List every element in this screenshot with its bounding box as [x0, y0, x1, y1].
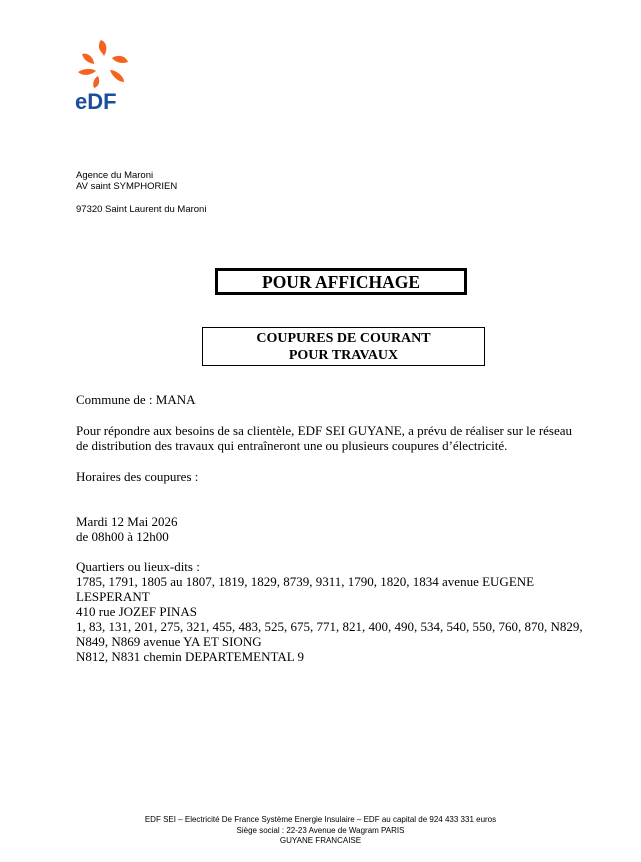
- footer-line-2: Siège social : 22-23 Avenue de Wagram PA…: [0, 826, 641, 837]
- commune: Commune de : MANA: [76, 392, 196, 408]
- sender-city: 97320 Saint Laurent du Maroni: [76, 204, 206, 215]
- subtitle-line-2: POUR TRAVAUX: [203, 347, 484, 364]
- schedule-hours: de 08h00 à 12h00: [76, 529, 169, 545]
- intro-line-1: Pour répondre aux besoins de sa clientèl…: [76, 423, 572, 439]
- location-line: 410 rue JOZEF PINAS: [76, 604, 197, 620]
- legal-footer: EDF SEI – Electricité De France Système …: [0, 815, 641, 847]
- svg-text:eDF: eDF: [75, 89, 117, 114]
- edf-logo: eDF: [74, 38, 132, 114]
- notice-title: POUR AFFICHAGE: [215, 268, 467, 295]
- footer-line-3: GUYANE FRANCAISE: [0, 836, 641, 847]
- notice-subtitle: COUPURES DE COURANT POUR TRAVAUX: [202, 327, 485, 366]
- location-line: 1, 83, 131, 201, 275, 321, 455, 483, 525…: [76, 619, 583, 635]
- sender-street: AV saint SYMPHORIEN: [76, 181, 177, 192]
- sender-agency: Agence du Maroni: [76, 170, 153, 181]
- location-line: N812, N831 chemin DEPARTEMENTAL 9: [76, 649, 304, 665]
- schedule-date: Mardi 12 Mai 2026: [76, 514, 177, 530]
- edf-sun-logo-icon: eDF: [74, 38, 132, 114]
- location-line: N849, N869 avenue YA ET SIONG: [76, 634, 262, 650]
- locations-label: Quartiers ou lieux-dits :: [76, 559, 200, 575]
- intro-line-2: de distribution des travaux qui entraîne…: [76, 438, 507, 454]
- footer-line-1: EDF SEI – Electricité De France Système …: [0, 815, 641, 826]
- location-line: LESPERANT: [76, 589, 150, 605]
- schedule-label: Horaires des coupures :: [76, 469, 198, 485]
- location-line: 1785, 1791, 1805 au 1807, 1819, 1829, 87…: [76, 574, 534, 590]
- subtitle-line-1: COUPURES DE COURANT: [203, 330, 484, 347]
